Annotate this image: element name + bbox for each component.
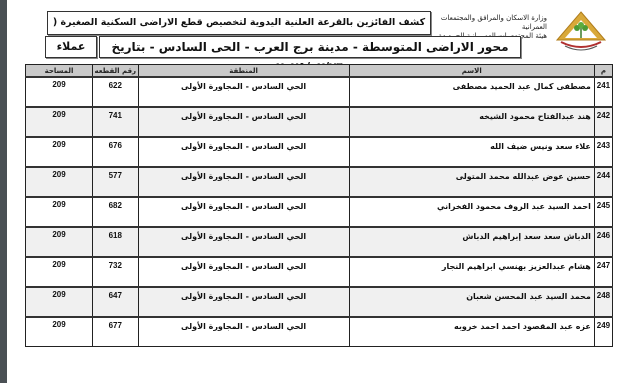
document-subtitle: محور الاراضى المتوسطة - مدينة برج العرب … xyxy=(99,36,521,58)
table-header-row: م الاسم المنطقة رقم القطعه المساحة xyxy=(26,65,613,78)
area-name: الحي السادس - المجاورة الأولى xyxy=(138,167,349,197)
area-name: الحي السادس - المجاورة الأولى xyxy=(138,257,349,287)
client-label: عملاء xyxy=(45,36,97,58)
plot-size: 209 xyxy=(26,137,93,167)
plot-size: 209 xyxy=(26,197,93,227)
document-page: وزارة الاسكان والمرافق والمجتمعات العمرا… xyxy=(7,0,620,383)
area-name: الحي السادس - المجاورة الأولى xyxy=(138,107,349,137)
plot-number: 622 xyxy=(93,77,139,107)
winner-name: محمد السيد عبد المحسن شعبان xyxy=(349,287,594,317)
column-header-area: المنطقة xyxy=(138,65,349,78)
plot-size: 209 xyxy=(26,317,93,347)
table-row: 248 محمد السيد عبد المحسن شعبان الحي الس… xyxy=(26,287,613,317)
plot-number: 682 xyxy=(93,197,139,227)
column-header-size: المساحة xyxy=(26,65,93,78)
winner-name: هشام عبدالعزيز بهنسي ابراهيم النجار xyxy=(349,257,594,287)
area-name: الحي السادس - المجاورة الأولى xyxy=(138,287,349,317)
table-row: 246 الدباش سعد سعد إبراهيم الدباش الحي ا… xyxy=(26,227,613,257)
document-title: كشف الفائزين بالقرعة العلنية اليدوية لتخ… xyxy=(47,11,431,35)
plot-number: 677 xyxy=(93,317,139,347)
plot-number: 732 xyxy=(93,257,139,287)
table-row: 247 هشام عبدالعزيز بهنسي ابراهيم النجار … xyxy=(26,257,613,287)
plot-number: 676 xyxy=(93,137,139,167)
winner-name: حسين عوض عبدالله محمد المتولى xyxy=(349,167,594,197)
org-line-1: وزارة الاسكان والمرافق والمجتمعات العمرا… xyxy=(435,14,547,32)
row-number: 245 xyxy=(594,197,612,227)
plot-size: 209 xyxy=(26,77,93,107)
area-name: الحي السادس - المجاورة الأولى xyxy=(138,137,349,167)
row-number: 242 xyxy=(594,107,612,137)
plot-size: 209 xyxy=(26,107,93,137)
authority-logo-icon xyxy=(553,10,609,54)
column-header-name: الاسم xyxy=(349,65,594,78)
area-name: الحي السادس - المجاورة الأولى xyxy=(138,197,349,227)
row-number: 248 xyxy=(594,287,612,317)
table-row: 245 احمد السيد عبد الروف محمود الفخراني … xyxy=(26,197,613,227)
plot-number: 647 xyxy=(93,287,139,317)
table-row: 244 حسين عوض عبدالله محمد المتولى الحي ا… xyxy=(26,167,613,197)
row-number: 243 xyxy=(594,137,612,167)
winner-name: مصطفى كمال عبد الحميد مصطفى xyxy=(349,77,594,107)
table-row: 241 مصطفى كمال عبد الحميد مصطفى الحي الس… xyxy=(26,77,613,107)
plot-number: 577 xyxy=(93,167,139,197)
plot-number: 618 xyxy=(93,227,139,257)
plot-size: 209 xyxy=(26,167,93,197)
plot-size: 209 xyxy=(26,287,93,317)
winner-name: الدباش سعد سعد إبراهيم الدباش xyxy=(349,227,594,257)
winner-name: هند عبدالفتاح محمود الشيخه xyxy=(349,107,594,137)
plot-size: 209 xyxy=(26,227,93,257)
column-header-number: م xyxy=(594,65,612,78)
plot-number: 741 xyxy=(93,107,139,137)
column-header-plot: رقم القطعه xyxy=(93,65,139,78)
table-row: 249 عزه عبد المقصود احمد احمد خروبه الحي… xyxy=(26,317,613,347)
winner-name: احمد السيد عبد الروف محمود الفخراني xyxy=(349,197,594,227)
row-number: 241 xyxy=(594,77,612,107)
winner-name: علاء سعد ونيس ضيف الله xyxy=(349,137,594,167)
table-row: 242 هند عبدالفتاح محمود الشيخه الحي السا… xyxy=(26,107,613,137)
area-name: الحي السادس - المجاورة الأولى xyxy=(138,317,349,347)
row-number: 247 xyxy=(594,257,612,287)
winners-table: م الاسم المنطقة رقم القطعه المساحة 241 م… xyxy=(25,64,613,347)
row-number: 244 xyxy=(594,167,612,197)
row-number: 246 xyxy=(594,227,612,257)
table-row: 243 علاء سعد ونيس ضيف الله الحي السادس -… xyxy=(26,137,613,167)
row-number: 249 xyxy=(594,317,612,347)
viewer-left-edge xyxy=(0,0,7,383)
area-name: الحي السادس - المجاورة الأولى xyxy=(138,227,349,257)
winner-name: عزه عبد المقصود احمد احمد خروبه xyxy=(349,317,594,347)
area-name: الحي السادس - المجاورة الأولى xyxy=(138,77,349,107)
plot-size: 209 xyxy=(26,257,93,287)
